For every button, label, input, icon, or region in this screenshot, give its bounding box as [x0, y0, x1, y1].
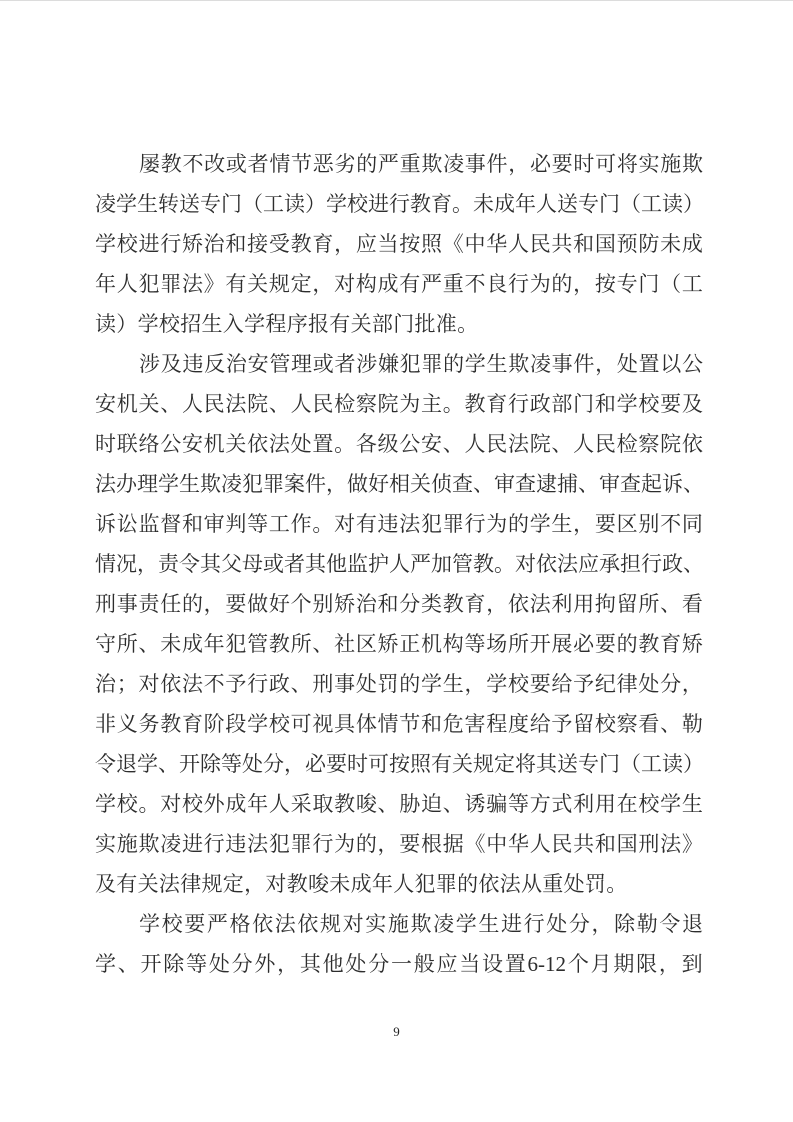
text-line: 学校要严格依法依规对实施欺凌学生进行处分，除勒令退 — [95, 904, 703, 944]
text-line: 学校进行矫治和接受教育，应当按照《中华人民共和国预防未成 — [95, 224, 703, 264]
text-line: 刑事责任的，要做好个别矫治和分类教育，依法利用拘留所、看 — [95, 584, 703, 624]
text-line: 非义务教育阶段学校可视具体情节和危害程度给予留校察看、勒 — [95, 704, 703, 744]
page-number: 9 — [0, 1023, 793, 1041]
paragraph-1: 屡教不改或者情节恶劣的严重欺凌事件，必要时可将实施欺 凌学生转送专门（工读）学校… — [95, 144, 703, 344]
text-line: 学、开除等处分外，其他处分一般应当设置6-12个月期限，到 — [95, 944, 703, 984]
document-page: 屡教不改或者情节恶劣的严重欺凌事件，必要时可将实施欺 凌学生转送专门（工读）学校… — [0, 0, 793, 1122]
text-line: 情况，责令其父母或者其他监护人严加管教。对依法应承担行政、 — [95, 544, 703, 584]
text-line: 年人犯罪法》有关规定，对构成有严重不良行为的，按专门（工 — [95, 264, 703, 304]
text-line: 守所、未成年犯管教所、社区矫正机构等场所开展必要的教育矫 — [95, 624, 703, 664]
text-line: 诉讼监督和审判等工作。对有违法犯罪行为的学生，要区别不同 — [95, 504, 703, 544]
text-line: 凌学生转送专门（工读）学校进行教育。未成年人送专门（工读） — [95, 184, 703, 224]
text-line: 法办理学生欺凌犯罪案件，做好相关侦查、审查逮捕、审查起诉、 — [95, 464, 703, 504]
text-line: 涉及违反治安管理或者涉嫌犯罪的学生欺凌事件，处置以公 — [95, 344, 703, 384]
paragraph-3: 学校要严格依法依规对实施欺凌学生进行处分，除勒令退 学、开除等处分外，其他处分一… — [95, 904, 703, 984]
text-line: 时联络公安机关依法处置。各级公安、人民法院、人民检察院依 — [95, 424, 703, 464]
text-line: 学校。对校外成年人采取教唆、胁迫、诱骗等方式利用在校学生 — [95, 784, 703, 824]
text-line: 治；对依法不予行政、刑事处罚的学生，学校要给予纪律处分， — [95, 664, 703, 704]
text-line: 安机关、人民法院、人民检察院为主。教育行政部门和学校要及 — [95, 384, 703, 424]
text-line: 屡教不改或者情节恶劣的严重欺凌事件，必要时可将实施欺 — [95, 144, 703, 184]
text-line: 令退学、开除等处分，必要时可按照有关规定将其送专门（工读） — [95, 744, 703, 784]
document-text: 屡教不改或者情节恶劣的严重欺凌事件，必要时可将实施欺 凌学生转送专门（工读）学校… — [95, 144, 703, 984]
text-line: 读）学校招生入学程序报有关部门批准。 — [95, 304, 703, 344]
text-line: 及有关法律规定，对教唆未成年人犯罪的依法从重处罚。 — [95, 864, 703, 904]
paragraph-2: 涉及违反治安管理或者涉嫌犯罪的学生欺凌事件，处置以公 安机关、人民法院、人民检察… — [95, 344, 703, 904]
text-line: 实施欺凌进行违法犯罪行为的，要根据《中华人民共和国刑法》 — [95, 824, 703, 864]
